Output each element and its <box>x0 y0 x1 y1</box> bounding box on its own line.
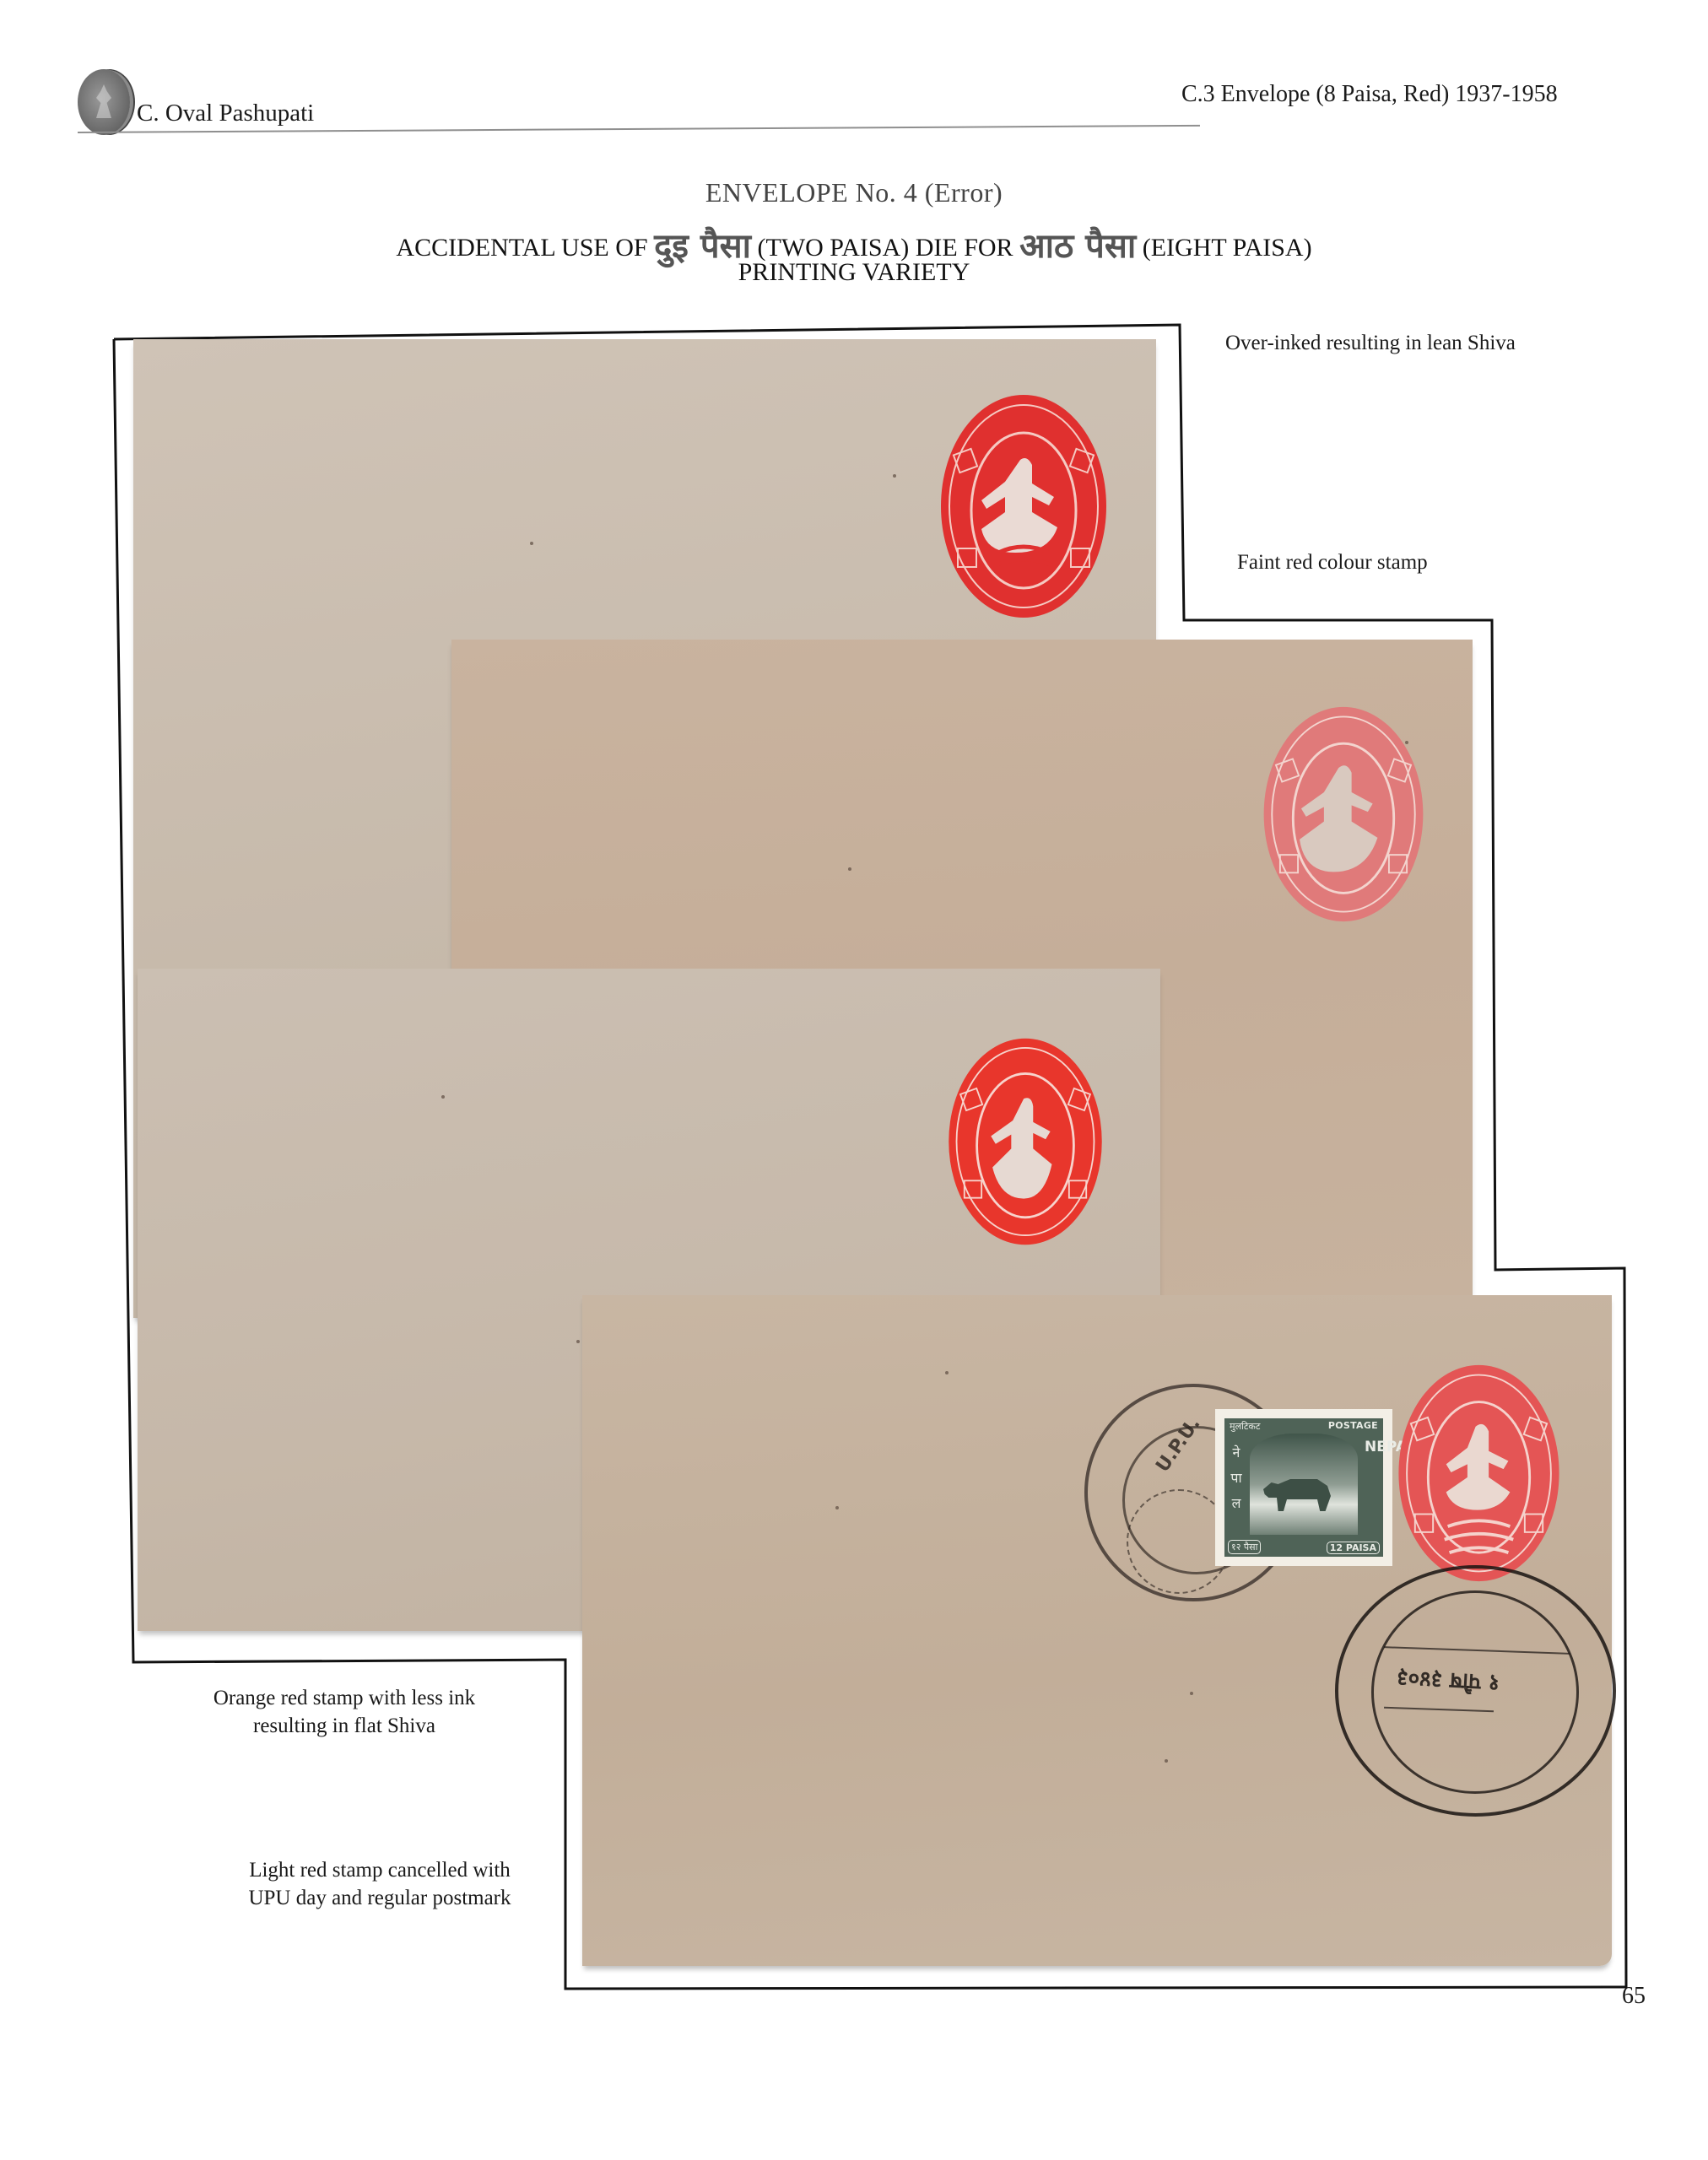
section-title-right: C.3 Envelope (8 Paisa, Red) 1937-1958 <box>1181 81 1558 108</box>
postmark-date: १ पौष ३४०३ <box>1396 1664 1500 1699</box>
envelope-2-oval-stamp <box>1259 705 1428 924</box>
annotation-line: UPU day and regular postmark <box>211 1884 549 1912</box>
annotation-envelope-1: Over-inked resulting in lean Shiva <box>1225 329 1516 357</box>
stamp-value-devanagari: १२ पैसा <box>1228 1540 1261 1554</box>
annotation-line: Orange red stamp with less ink <box>184 1684 505 1712</box>
stamp-devanagari-side: ने पा ल <box>1229 1440 1244 1516</box>
page-number: 65 <box>1622 1983 1646 2010</box>
oval-pashupati-coin-icon <box>78 69 130 135</box>
pashupati-oval-stamp-icon <box>1259 705 1428 924</box>
annotation-envelope-3: Orange red stamp with less ink resulting… <box>184 1684 505 1740</box>
envelope-4-oval-stamp <box>1392 1363 1565 1584</box>
page-subtitle-variety: PRINTING VARIETY <box>0 258 1708 287</box>
rhino-adhesive-stamp: मुलटिकट POSTAGE NEPAL ने पा ल १२ पैसा 12… <box>1215 1409 1392 1566</box>
envelope-3-oval-stamp <box>947 1036 1104 1247</box>
pashupati-oval-stamp-icon <box>947 1036 1104 1247</box>
section-title-left: C. Oval Pashupati <box>137 100 314 127</box>
stamp-devanagari-top: मुलटिकट <box>1230 1420 1260 1433</box>
annotation-envelope-4: Light red stamp cancelled with UPU day a… <box>211 1856 549 1912</box>
pashupati-oval-stamp-icon <box>1392 1363 1565 1584</box>
envelope-1-oval-stamp <box>937 392 1111 620</box>
stamp-value-text: 12 PAISA <box>1327 1542 1380 1554</box>
stamp-postage-text: POSTAGE <box>1328 1420 1378 1431</box>
annotation-envelope-2: Faint red colour stamp <box>1237 548 1428 576</box>
annotation-line: resulting in flat Shiva <box>184 1712 505 1740</box>
stamp-nepal-text: NEPAL <box>1365 1439 1378 1455</box>
pashupati-oval-stamp-icon <box>937 392 1111 620</box>
annotation-line: Light red stamp cancelled with <box>211 1856 549 1884</box>
page-title: ENVELOPE No. 4 (Error) <box>0 177 1708 208</box>
